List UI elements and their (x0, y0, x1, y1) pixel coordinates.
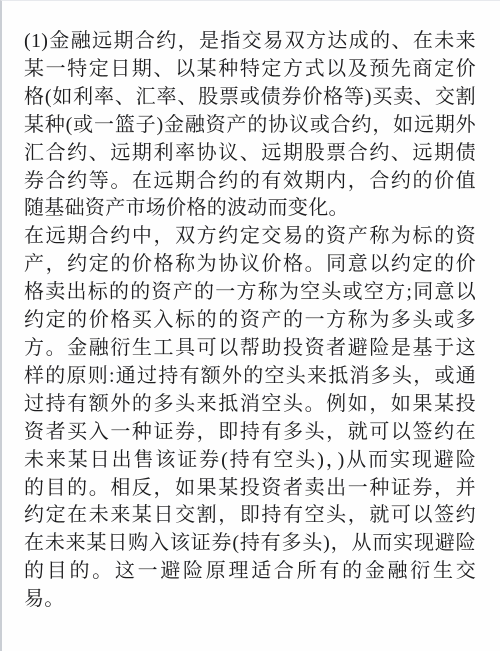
text-line: 易。 (24, 586, 476, 614)
text-line: 方。金融衍生工具可以帮助投资者避险是基于这 (24, 335, 476, 363)
text-line: 未来某日出售该证券(持有空头)，)从而实现避险 (24, 447, 476, 475)
text-line: 产，约定的价格称为协议价格。同意以约定的价 (24, 251, 476, 279)
text-line: 约定的价格买入标的的资产的一方称为多头或多 (24, 307, 476, 335)
paragraph-forward-contract-definition: (1)金融远期合约，是指交易双方达成的、在未来 某一特定日期、以某种特定方式以及… (24, 28, 476, 223)
paragraph-hedging-principle: 在远期合约中，双方约定交易的资产称为标的资 产，约定的价格称为协议价格。同意以约… (24, 223, 476, 614)
text-line: 某一特定日期、以某种特定方式以及预先商定价 (24, 56, 476, 84)
text-line: (1)金融远期合约，是指交易双方达成的、在未来 (24, 28, 476, 56)
text-line: 资者买入一种证券，即持有多头，就可以签约在 (24, 419, 476, 447)
text-line: 的目的。这一避险原理适合所有的金融衍生交 (24, 558, 476, 586)
text-line: 过持有额外的多头来抵消空头。例如，如果某投 (24, 391, 476, 419)
text-line: 的目的。相反，如果某投资者卖出一种证券，并 (24, 475, 476, 503)
document-page: (1)金融远期合约，是指交易双方达成的、在未来 某一特定日期、以某种特定方式以及… (0, 0, 500, 651)
article-text: (1)金融远期合约，是指交易双方达成的、在未来 某一特定日期、以某种特定方式以及… (24, 28, 476, 614)
text-line: 随基础资产市场价格的波动而变化。 (24, 195, 476, 223)
text-line: 在未来某日购入该证券(持有多头)，从而实现避险 (24, 530, 476, 558)
text-line: 格(如利率、汇率、股票或债券价格等)买卖、交割 (24, 84, 476, 112)
text-line: 券合约等。在远期合约的有效期内，合约的价值 (24, 168, 476, 196)
text-line: 在远期合约中，双方约定交易的资产称为标的资 (24, 223, 476, 251)
text-line: 格卖出标的的资产的一方称为空头或空方;同意以 (24, 279, 476, 307)
text-line: 汇合约、远期利率协议、远期股票合约、远期债 (24, 140, 476, 168)
text-line: 约定在未来某日交割，即持有空头，就可以签约 (24, 502, 476, 530)
text-line: 样的原则:通过持有额外的空头来抵消多头，或通 (24, 363, 476, 391)
text-line: 某种(或一篮子)金融资产的协议或合约，如远期外 (24, 112, 476, 140)
